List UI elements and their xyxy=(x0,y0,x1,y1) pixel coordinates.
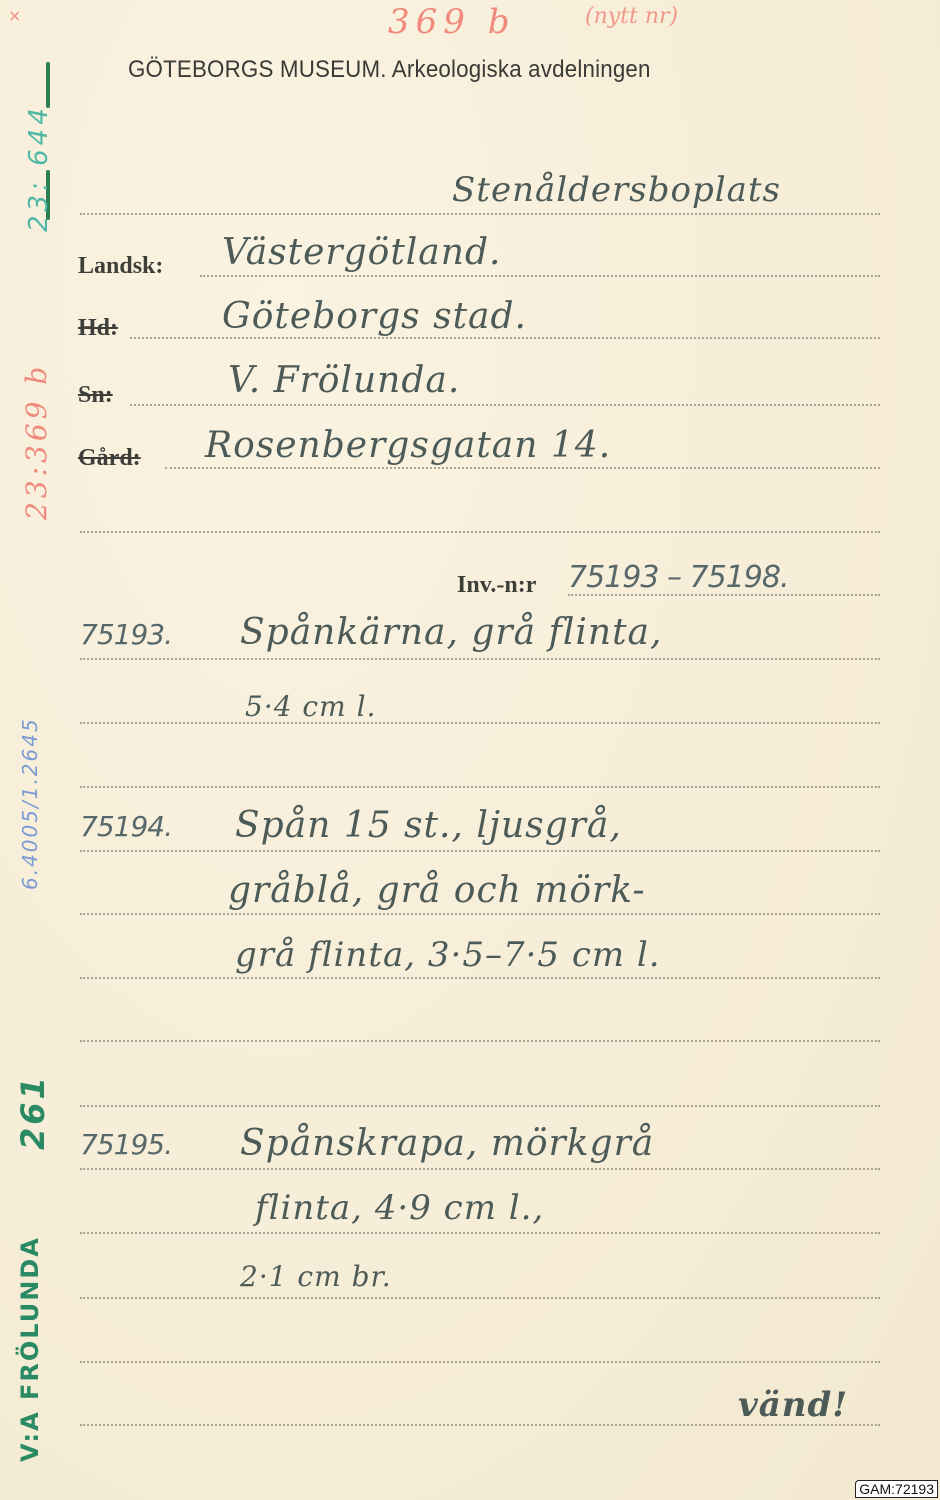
strike-mark xyxy=(46,62,50,108)
field-value-hd: Göteborgs stad. xyxy=(222,296,527,337)
ruled-line xyxy=(80,722,880,724)
ruled-line xyxy=(80,1168,880,1170)
struck-label: Hd: xyxy=(78,315,118,341)
field-label-sn: Sn: xyxy=(78,382,113,409)
coordinates-note: 6.4005/1.2645 xyxy=(18,717,42,890)
entry-line: Spån 15 st., ljusgrå, xyxy=(235,805,622,846)
ruled-line xyxy=(80,977,880,979)
archive-id: GAM:72193 xyxy=(855,1480,938,1498)
ruled-line xyxy=(130,337,880,339)
ruled-line xyxy=(80,1361,880,1363)
inventory-label: Inv.-n:r xyxy=(457,572,536,599)
new-number-note: (nytt nr) xyxy=(585,4,678,29)
entry-line: grå flinta, 3·5–7·5 cm l. xyxy=(235,935,661,975)
entry-number: 75193. xyxy=(80,618,172,651)
field-label-gard: Gård: xyxy=(78,445,141,472)
corner-mark: × xyxy=(8,6,21,25)
entry-line: gråblå, grå och mörk- xyxy=(228,870,646,911)
entry-line: flinta, 4·9 cm l., xyxy=(255,1188,544,1228)
field-label-landsk: Landsk: xyxy=(78,253,163,280)
struck-label: Sn: xyxy=(78,382,113,408)
ruled-line xyxy=(80,1105,880,1107)
turn-over-note: vänd! xyxy=(738,1385,848,1425)
ruled-line xyxy=(200,275,880,277)
entry-line: Spånkärna, grå flinta, xyxy=(240,612,662,653)
field-value-sn: V. Frölunda. xyxy=(228,360,460,401)
red-margin-number: 23:369 b xyxy=(20,363,53,520)
field-value-gard: Rosenbergsgatan 14. xyxy=(205,425,611,466)
ruled-line xyxy=(80,531,880,533)
inventory-range: 75193 – 75198. xyxy=(568,560,788,595)
ruled-line xyxy=(80,1297,880,1299)
entry-number: 75194. xyxy=(80,810,172,843)
ruled-line xyxy=(80,1232,880,1234)
site-type: Stenåldersboplats xyxy=(452,170,781,210)
struck-label: Gård: xyxy=(78,445,141,471)
ruled-line xyxy=(80,213,880,215)
new-number-annotation: 369 b xyxy=(388,2,515,42)
field-value-landsk: Västergötland. xyxy=(222,232,501,273)
ruled-line xyxy=(80,1040,880,1042)
old-number-struck: 23: 644 xyxy=(24,104,54,232)
field-label-hd: Hd: xyxy=(78,315,118,342)
entry-line: 5·4 cm l. xyxy=(245,690,376,723)
ruled-line xyxy=(80,786,880,788)
ruled-line xyxy=(80,850,880,852)
place-stamp: V:A FRÖLUNDA xyxy=(16,1236,44,1462)
entry-line: 2·1 cm br. xyxy=(240,1260,392,1293)
entry-number: 75195. xyxy=(80,1128,172,1161)
entry-line: Spånskrapa, mörkgrå xyxy=(240,1123,654,1164)
ruled-line xyxy=(165,467,880,469)
place-number: 261 xyxy=(14,1074,52,1150)
ruled-line xyxy=(80,913,880,915)
ruled-line xyxy=(80,658,880,660)
ruled-line xyxy=(130,404,880,406)
museum-header: GÖTEBORGS MUSEUM. Arkeologiska avdelning… xyxy=(128,56,651,84)
